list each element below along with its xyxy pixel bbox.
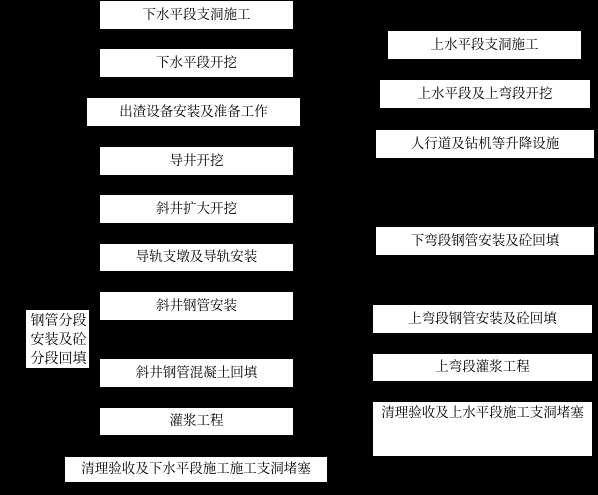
step-inclined-pipe-concrete-backfill: 斜井钢管混凝土回填: [100, 359, 293, 387]
step-mucking-equipment-setup: 出渣设备安装及准备工作: [87, 98, 300, 126]
step-label: 上弯段钢管安装及砼回填: [408, 311, 557, 328]
step-label: 人行道及钻机等升降设施: [411, 136, 560, 153]
step-label: 出渣设备安装及准备工作: [119, 104, 268, 121]
step-label: 下水平段开挖: [156, 55, 237, 72]
side-note-label: 钢管分段安装及砼分段回填: [28, 312, 89, 369]
step-label: 斜井钢管混凝土回填: [136, 365, 258, 382]
step-upper-bend-pipe-backfill: 上弯段钢管安装及砼回填: [373, 305, 592, 333]
step-upper-horizontal-adit: 上水平段支洞施工: [388, 31, 581, 59]
step-upper-horizontal-bend-excavation: 上水平段及上弯段开挖: [380, 80, 590, 108]
step-label: 上水平段及上弯段开挖: [418, 86, 553, 103]
step-lower-horizontal-adit: 下水平段支洞施工: [100, 1, 293, 29]
step-label: 导井开挖: [170, 153, 224, 170]
step-label: 斜井钢管安装: [156, 298, 237, 315]
step-walkway-drill-hoist: 人行道及钻机等升降设施: [376, 130, 594, 158]
step-label: 导轨支墩及导轨安装: [136, 249, 258, 266]
step-cleanup-upper-adit-plug: 清理验收及上水平段施工支洞堵塞: [373, 402, 592, 456]
step-label: 上弯段灌浆工程: [435, 359, 530, 376]
step-label: 下水平段支洞施工: [143, 7, 251, 24]
step-label: 清理验收及上水平段施工支洞堵塞: [381, 405, 584, 422]
step-label: 清理验收及下水平段施工施工支洞堵塞: [81, 461, 311, 478]
step-inclined-shaft-enlargement: 斜井扩大开挖: [100, 195, 293, 223]
step-cleanup-lower-adit-plug: 清理验收及下水平段施工施工支洞堵塞: [65, 457, 327, 482]
step-upper-bend-grouting: 上弯段灌浆工程: [373, 354, 592, 381]
step-label: 斜井扩大开挖: [156, 201, 237, 218]
step-lower-bend-pipe-backfill: 下弯段钢管安装及砼回填: [376, 227, 594, 255]
step-inclined-pipe-install: 斜井钢管安装: [100, 292, 293, 320]
step-pilot-shaft-excavation: 导井开挖: [100, 147, 293, 175]
step-label: 灌浆工程: [170, 413, 224, 430]
step-guide-rail-install: 导轨支墩及导轨安装: [100, 244, 293, 271]
step-label: 下弯段钢管安装及砼回填: [411, 233, 560, 250]
step-grouting: 灌浆工程: [100, 408, 293, 435]
step-lower-horizontal-excavation: 下水平段开挖: [100, 49, 293, 77]
step-label: 上水平段支洞施工: [431, 37, 539, 54]
side-note-segmented-install: 钢管分段安装及砼分段回填: [26, 310, 89, 368]
